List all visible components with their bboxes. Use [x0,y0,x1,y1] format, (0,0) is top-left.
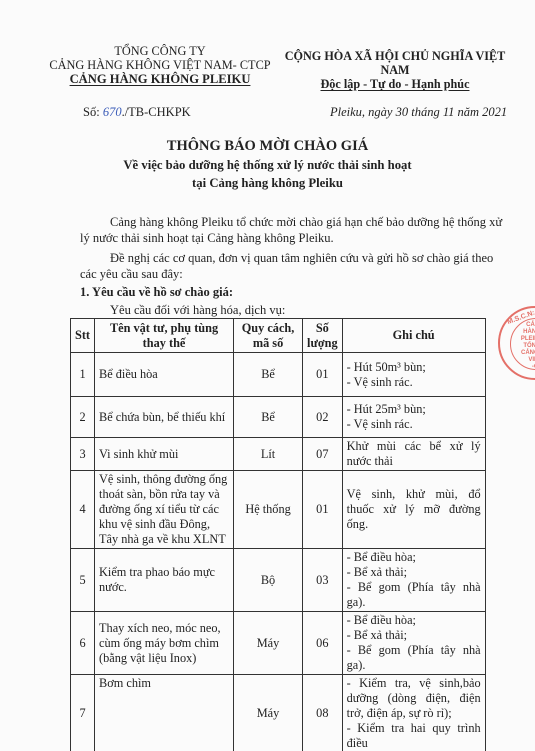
requirements-table: Stt Tên vật tư, phụ tùng thay thế Quy cá… [70,318,486,751]
table-row: 5Kiểm tra phao báo mực nước.Bộ03- Bể điề… [71,549,486,612]
cell-note: Vệ sinh, khử mùi, đổ thuốc xử lý mỡ đườn… [342,471,485,549]
official-seal: M.S.C.N: 031163 CẢNGHÀNG KPLEIKU-CTỔNG C… [498,306,535,380]
cell-spec: Bộ [234,549,303,612]
cell-note: - Kiểm tra, vệ sinh,bảo dưỡng (dòng điện… [342,675,485,751]
document-number-value: 670 [103,105,122,119]
document-subtitle-1: Về việc bảo dưỡng hệ thống xử lý nước th… [0,158,535,173]
nation-name: CỘNG HÒA XÃ HỘI CHỦ NGHĨA VIỆT NAM [272,49,518,77]
note-line: - Hút 50m³ bùn; [347,360,481,375]
cell-quantity: 06 [303,612,343,675]
note-line: Vệ sinh, khử mùi, đổ thuốc xử lý mỡ đườn… [347,487,481,532]
cell-quantity: 01 [303,471,343,549]
cell-item-name: Bể chứa bùn, bể thiếu khí [95,397,234,438]
cell-note: - Bể điều hòa;- Bể xả thải;- Bể gom (Phí… [342,549,485,612]
cell-note: - Hút 25m³ bùn;- Vệ sinh rác. [342,397,485,438]
note-line: - Kiểm tra hai quy trình điều [347,721,481,751]
note-line: - Bể xả thải; [347,565,481,580]
paragraph-1-line-2: lý nước thải sinh hoạt tại Cảng hàng khô… [80,230,334,247]
cell-stt: 7 [71,675,95,751]
note-line: - Kiểm tra, vệ sinh,bảo dưỡng (dòng điện… [347,676,481,721]
cell-stt: 5 [71,549,95,612]
cell-spec: Bể [234,353,303,397]
header-item-name: Tên vật tư, phụ tùng thay thế [95,319,234,353]
cell-spec: Lít [234,438,303,471]
paragraph-2-line-2: các yêu cầu sau đây: [80,266,183,283]
motto: Độc lập - Tự do - Hạnh phúc [272,77,518,91]
cell-quantity: 02 [303,397,343,438]
note-line: - Hút 25m³ bùn; [347,402,481,417]
header-stt: Stt [71,319,95,353]
note-line: - Bể điều hòa; [347,613,481,628]
cell-spec: Máy [234,675,303,751]
cell-stt: 1 [71,353,95,397]
note-line: - Bể gom (Phía tây nhà ga). [347,580,481,610]
national-header: CỘNG HÒA XÃ HỘI CHỦ NGHĨA VIỆT NAM Độc l… [272,49,518,91]
table-row: 3Vi sinh khử mùiLít07Khử mùi các bể xử l… [71,438,486,471]
cell-note: - Hút 50m³ bùn;- Vệ sinh rác. [342,353,485,397]
cell-item-name: Kiểm tra phao báo mực nước. [95,549,234,612]
table-row: 1Bể điều hòaBể01- Hút 50m³ bùn;- Vệ sinh… [71,353,486,397]
document-subtitle-2: tại Cảng hàng không Pleiku [0,176,535,191]
note-line: - Bể gom (Phía tây nhà ga). [347,643,481,673]
paragraph-2-line-1: Đề nghị các cơ quan, đơn vị quan tâm ngh… [110,250,493,267]
section-1-intro: Yêu cầu đối với hàng hóa, dịch vụ: [110,302,285,319]
section-1-heading: 1. Yêu cầu về hồ sơ chào giá: [80,284,233,301]
cell-item-name: Vi sinh khử mùi [95,438,234,471]
cell-stt: 6 [71,612,95,675]
cell-stt: 3 [71,438,95,471]
cell-quantity: 07 [303,438,343,471]
cell-quantity: 08 [303,675,343,751]
cell-item-name: Bơm chìm [95,675,234,751]
document-title: THÔNG BÁO MỜI CHÀO GIÁ [0,138,535,155]
cell-stt: 4 [71,471,95,549]
document-number: Số: 670./TB-CHKPK [83,105,191,120]
cell-stt: 2 [71,397,95,438]
note-line: - Bể xả thải; [347,628,481,643]
table-header-row: Stt Tên vật tư, phụ tùng thay thế Quy cá… [71,319,486,353]
cell-item-name: Vệ sinh, thông đường ống thoát sàn, bồn … [95,471,234,549]
table-row: 6Thay xích neo, móc neo, cùm ống máy bơm… [71,612,486,675]
cell-spec: Máy [234,612,303,675]
issuing-organization: TỔNG CÔNG TY CẢNG HÀNG KHÔNG VIỆT NAM- C… [40,44,280,86]
cell-spec: Bể [234,397,303,438]
cell-spec: Hệ thống [234,471,303,549]
paragraph-1-line-1: Cảng hàng không Pleiku tổ chức mời chào … [110,214,502,231]
header-note: Ghi chú [342,319,485,353]
header-quantity: Số lượng [303,319,343,353]
note-line: - Vệ sinh rác. [347,375,481,390]
note-line: - Vệ sinh rác. [347,417,481,432]
cell-note: - Bể điều hòa;- Bể xả thải;- Bể gom (Phí… [342,612,485,675]
org-line-2: CẢNG HÀNG KHÔNG VIỆT NAM- CTCP [40,58,280,72]
cell-quantity: 03 [303,549,343,612]
cell-item-name: Thay xích neo, móc neo, cùm ống máy bơm … [95,612,234,675]
org-line-1: TỔNG CÔNG TY [40,44,280,58]
cell-item-name: Bể điều hòa [95,353,234,397]
note-line: Khử mùi các bể xử lý nước thải [347,439,481,469]
cell-note: Khử mùi các bể xử lý nước thải [342,438,485,471]
place-date: Pleiku, ngày 30 tháng 11 năm 2021 [330,105,507,120]
org-line-3: CẢNG HÀNG KHÔNG PLEIKU [40,72,280,86]
table-row: 4Vệ sinh, thông đường ống thoát sàn, bồn… [71,471,486,549]
table-row: 7Bơm chìmMáy08- Kiểm tra, vệ sinh,bảo dư… [71,675,486,751]
table-row: 2Bể chứa bùn, bể thiếu khíBể02- Hút 25m³… [71,397,486,438]
header-spec: Quy cách, mã số [234,319,303,353]
cell-quantity: 01 [303,353,343,397]
note-line: - Bể điều hòa; [347,550,481,565]
